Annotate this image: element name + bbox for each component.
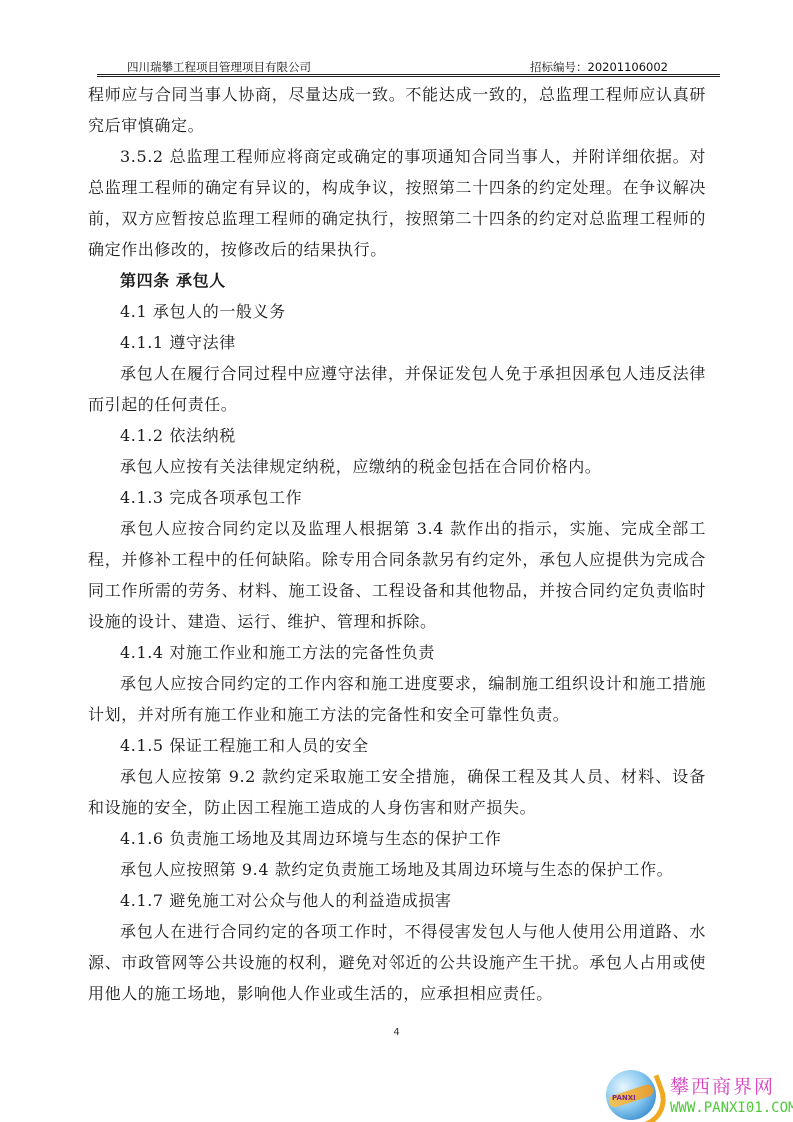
- header-rule: [97, 74, 720, 77]
- document-body: 程师应与合同当事人协商，尽量达成一致。不能达成一致的，总监理工程师应认真研究后审…: [88, 79, 706, 1009]
- bid-number: 招标编号：20201106002: [530, 59, 668, 75]
- subheading-4-1-1: 4.1.1 遵守法律: [88, 327, 706, 358]
- paragraph-clause-3-5-2: 3.5.2 总监理工程师应将商定或确定的事项通知合同当事人，并附详细依据。对总监…: [88, 141, 706, 265]
- watermark-url: WWW.PANXI01.COM: [670, 1100, 793, 1116]
- subheading-4-1: 4.1 承包人的一般义务: [88, 296, 706, 327]
- company-name: 四川瑞攀工程项目管理项目有限公司: [127, 59, 311, 75]
- paragraph-4-1-6: 承包人应按照第 9.4 款约定负责施工场地及其周边环境与生态的保护工作。: [88, 854, 706, 885]
- paragraph-4-1-4: 承包人应按合同约定的工作内容和施工进度要求，编制施工组织设计和施工措施计划，并对…: [88, 668, 706, 730]
- paragraph-4-1-5: 承包人应按第 9.2 款约定采取施工安全措施，确保工程及其人员、材料、设备和设施…: [88, 761, 706, 823]
- paragraph-4-1-1: 承包人在履行合同过程中应遵守法律，并保证发包人免于承担因承包人违反法律而引起的任…: [88, 358, 706, 420]
- page-header: 四川瑞攀工程项目管理项目有限公司 招标编号：20201106002: [97, 58, 720, 74]
- section-heading: 第四条 承包人: [88, 265, 706, 296]
- subheading-4-1-4: 4.1.4 对施工作业和施工方法的完备性负责: [88, 637, 706, 668]
- paragraph-4-1-2: 承包人应按有关法律规定纳税，应缴纳的税金包括在合同价格内。: [88, 451, 706, 482]
- page-number: 4: [0, 1027, 793, 1038]
- subheading-4-1-5: 4.1.5 保证工程施工和人员的安全: [88, 730, 706, 761]
- subheading-4-1-6: 4.1.6 负责施工场地及其周边环境与生态的保护工作: [88, 823, 706, 854]
- subheading-4-1-7: 4.1.7 避免施工对公众与他人的利益造成损害: [88, 885, 706, 916]
- site-watermark: PANXI 攀西商界网 WWW.PANXI01.COM: [600, 1068, 793, 1122]
- paragraph-continuation: 程师应与合同当事人协商，尽量达成一致。不能达成一致的，总监理工程师应认真研究后审…: [88, 79, 706, 141]
- paragraph-4-1-7: 承包人在进行合同约定的各项工作时，不得侵害发包人与他人使用公用道路、水源、市政管…: [88, 916, 706, 1009]
- subheading-4-1-2: 4.1.2 依法纳税: [88, 420, 706, 451]
- subheading-4-1-3: 4.1.3 完成各项承包工作: [88, 482, 706, 513]
- logo-text: PANXI: [612, 1094, 636, 1102]
- watermark-site-name: 攀西商界网: [670, 1072, 775, 1099]
- paragraph-4-1-3: 承包人应按合同约定以及监理人根据第 3.4 款作出的指示，实施、完成全部工程，并…: [88, 513, 706, 637]
